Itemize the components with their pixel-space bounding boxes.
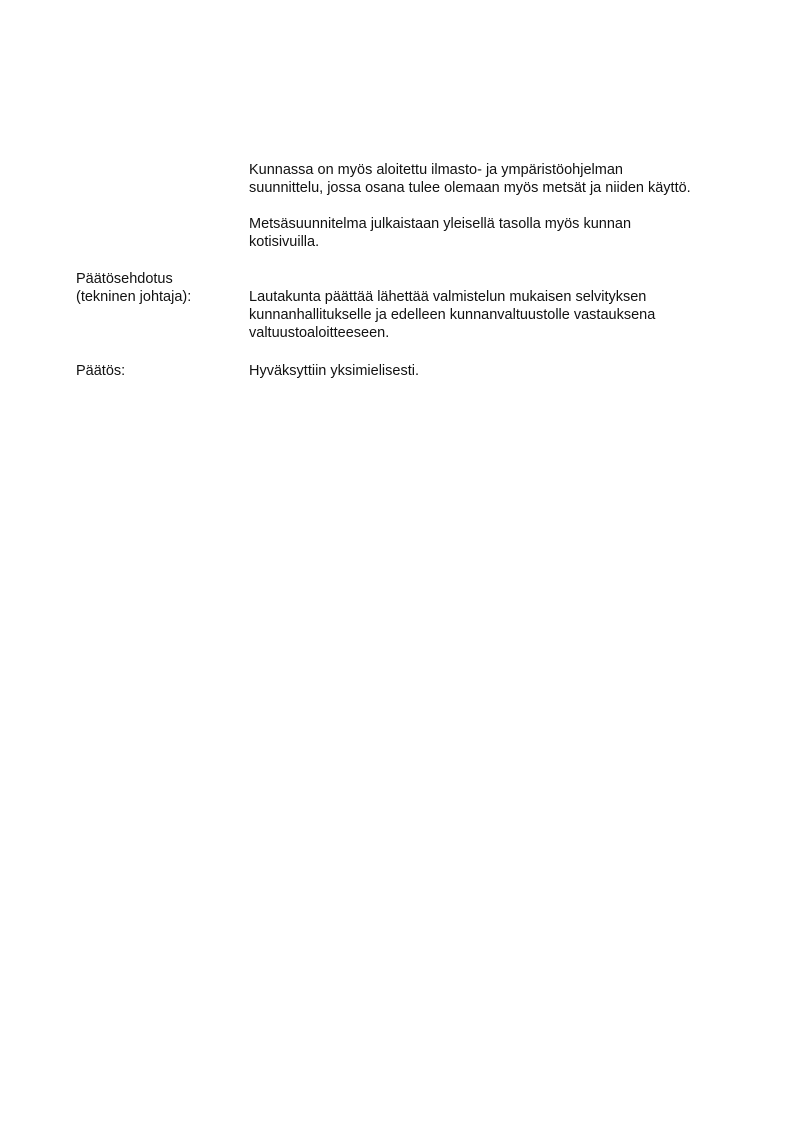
decision-label: Päätös: bbox=[76, 362, 125, 380]
text-line: kotisivuilla. bbox=[249, 233, 631, 251]
paragraph-climate-program: Kunnassa on myös aloitettu ilmasto- ja y… bbox=[249, 161, 691, 197]
proposal-text: Lautakunta päättää lähettää valmistelun … bbox=[249, 288, 655, 342]
paragraph-forest-plan: Metsäsuunnitelma julkaistaan yleisellä t… bbox=[249, 215, 631, 251]
text-line: suunnittelu, jossa osana tulee olemaan m… bbox=[249, 179, 691, 197]
text-line: valtuustoaloitteeseen. bbox=[249, 324, 655, 342]
document-page: Kunnassa on myös aloitettu ilmasto- ja y… bbox=[0, 0, 794, 1122]
text-line: kunnanhallitukselle ja edelleen kunnanva… bbox=[249, 306, 655, 324]
text-line: Metsäsuunnitelma julkaistaan yleisellä t… bbox=[249, 215, 631, 233]
text-line: Lautakunta päättää lähettää valmistelun … bbox=[249, 288, 655, 306]
decision-text: Hyväksyttiin yksimielisesti. bbox=[249, 362, 419, 380]
text-line: Kunnassa on myös aloitettu ilmasto- ja y… bbox=[249, 161, 691, 179]
proposal-label: Päätösehdotus (tekninen johtaja): bbox=[76, 270, 191, 306]
